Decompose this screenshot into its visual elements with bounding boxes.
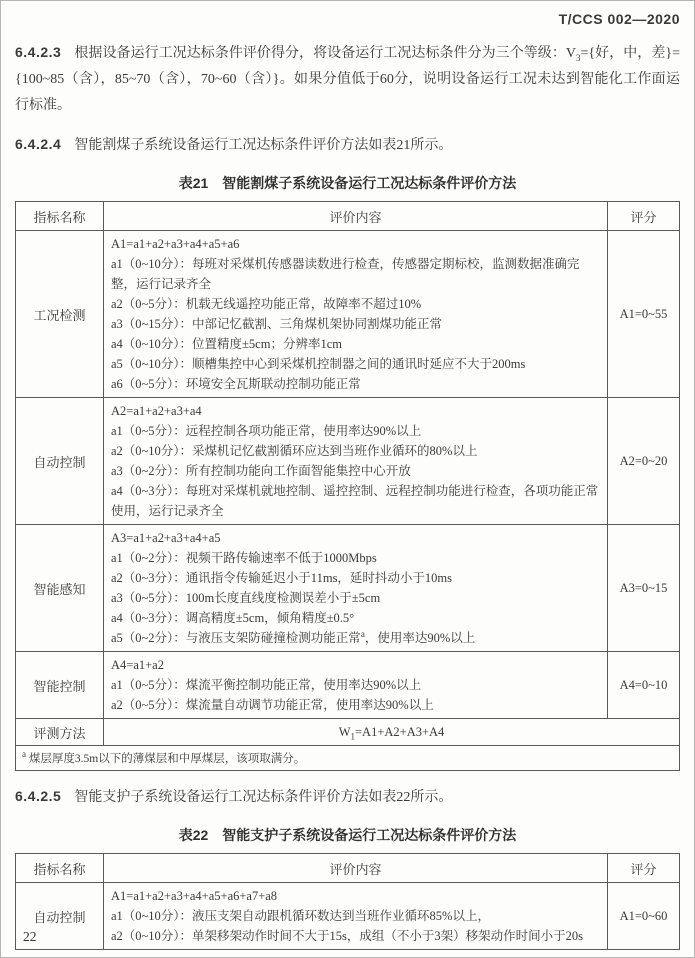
table22-header-score: 评分 <box>608 854 680 883</box>
content-line-with-footnote-ref: a5（0~2分）：与液压支架防碰撞检测功能正常a，使用率达90%以上 <box>111 628 600 648</box>
section-number-6424: 6.4.2.4 <box>15 136 61 152</box>
table21-header-content: 评价内容 <box>104 202 608 231</box>
content-line: A1=a1+a2+a3+a4+a5+a6+a7+a8 <box>111 886 600 906</box>
page-number: 22 <box>23 929 37 945</box>
content-line: a2（0~3分）：通讯指令传输延迟小于11ms，延时抖动小于10ms <box>111 568 600 588</box>
table21-header-row: 指标名称 评价内容 评分 <box>16 202 680 231</box>
evaluation-formula: W1=A1+A2+A3+A4 <box>104 719 680 746</box>
table-row: 自动控制 A1=a1+a2+a3+a4+a5+a6+a7+a8 a1（0~10分… <box>16 883 680 950</box>
table21-footnote: a 煤层厚度3.5m以下的薄煤层和中厚煤层，该项取满分。 <box>16 746 680 771</box>
table-row: 智能控制 A4=a1+a2 a1（0~5分）：煤流平衡控制功能正常，使用率达90… <box>16 652 680 719</box>
table21-caption: 表21 智能割煤子系统设备运行工况达标条件评价方法 <box>15 173 680 193</box>
content-line: a1（0~10分）：液压支架自动跟机循环数达到当班作业循环85%以上， <box>111 906 600 926</box>
a5-text: a5（0~2分）：与液压支架防碰撞检测功能正常 <box>111 631 361 645</box>
footnote-text: 煤层厚度3.5m以下的薄煤层和中厚煤层，该项取满分。 <box>29 753 305 765</box>
content-line: a2（0~10分）：单架移架动作时间不大于15s，成组（不小于3架）移架动作时间… <box>111 926 600 946</box>
evaluation-method-row: 评测方法 W1=A1+A2+A3+A4 <box>16 719 680 746</box>
indicator-name: 工况检测 <box>16 231 104 398</box>
indicator-name: 自动控制 <box>16 398 104 525</box>
content-line: a5（0~10分）：顺槽集控中心到采煤机控制器之间的通讯时延应不大于200ms <box>111 354 600 374</box>
content-line: a4（0~3分）：调高精度±5cm，倾角精度±0.5° <box>111 608 600 628</box>
evaluation-content: A1=a1+a2+a3+a4+a5+a6+a7+a8 a1（0~10分）：液压支… <box>104 883 608 950</box>
indicator-name: 智能感知 <box>16 525 104 652</box>
table-row: 工况检测 A1=a1+a2+a3+a4+a5+a6 a1（0~10分）：每班对采… <box>16 231 680 398</box>
content-line: a6（0~5分）：环境安全瓦斯联动控制功能正常 <box>111 374 600 394</box>
table21: 指标名称 评价内容 评分 工况检测 A1=a1+a2+a3+a4+a5+a6 a… <box>15 201 680 771</box>
formula-rest: =A1+A2+A3+A4 <box>355 725 444 739</box>
paragraph-6423-text-a: 根据设备运行工况达标条件评价得分，将设备运行工况达标条件分为三个等级：V <box>74 46 576 61</box>
score-value: A1=0~60 <box>608 883 680 950</box>
content-line: a4（0~3分）：每班对采煤机就地控制、遥控控制、远程控制功能进行检查，各项功能… <box>111 481 600 521</box>
content-line: a3（0~2分）：所有控制功能向工作面智能集控中心开放 <box>111 461 600 481</box>
score-value: A3=0~15 <box>608 525 680 652</box>
content-line: A2=a1+a2+a3+a4 <box>111 401 600 421</box>
table21-header-name: 指标名称 <box>16 202 104 231</box>
content-line: A4=a1+a2 <box>111 655 600 675</box>
evaluation-content: A1=a1+a2+a3+a4+a5+a6 a1（0~10分）：每班对采煤机传感器… <box>104 231 608 398</box>
evaluation-method-label: 评测方法 <box>16 719 104 746</box>
evaluation-content: A2=a1+a2+a3+a4 a1（0~5分）：远程控制各项功能正常，使用率达9… <box>104 398 608 525</box>
standard-code-header: T/CCS 002—2020 <box>15 7 680 27</box>
score-value: A2=0~20 <box>608 398 680 525</box>
table22-header-row: 指标名称 评价内容 评分 <box>16 854 680 883</box>
footnote-marker: a <box>22 749 26 759</box>
paragraph-6424: 6.4.2.4智能割煤子系统设备运行工况达标条件评价方法如表21所示。 <box>15 131 680 159</box>
content-line: a3（0~15分）：中部记忆截割、三角煤机架协同割煤功能正常 <box>111 314 600 334</box>
evaluation-content: A4=a1+a2 a1（0~5分）：煤流平衡控制功能正常，使用率达90%以上 a… <box>104 652 608 719</box>
table22: 指标名称 评价内容 评分 自动控制 A1=a1+a2+a3+a4+a5+a6+a… <box>15 853 680 950</box>
content-line: a4（0~10分）：位置精度±5cm；分辨率1cm <box>111 334 600 354</box>
paragraph-6425-text: 智能支护子系统设备运行工况达标条件评价方法如表22所示。 <box>74 790 452 805</box>
formula-w: W <box>339 725 351 739</box>
paragraph-6424-text: 智能割煤子系统设备运行工况达标条件评价方法如表21所示。 <box>74 138 452 153</box>
content-line: a2（0~5分）：煤流量自动调节功能正常，使用率达90%以上 <box>111 695 600 715</box>
content-line: a1（0~5分）：煤流平衡控制功能正常，使用率达90%以上 <box>111 675 600 695</box>
section-number-6423: 6.4.2.3 <box>15 44 61 60</box>
section-number-6425: 6.4.2.5 <box>15 788 61 804</box>
content-line: a2（0~10分）：采煤机记忆截割循环应达到当班作业循环的80%以上 <box>111 441 600 461</box>
content-line: a1（0~5分）：远程控制各项功能正常，使用率达90%以上 <box>111 421 600 441</box>
content-line: a1（0~2分）：视频干路传输速率不低于1000Mbps <box>111 548 600 568</box>
content-line: A1=a1+a2+a3+a4+a5+a6 <box>111 234 600 254</box>
paragraph-6425: 6.4.2.5智能支护子系统设备运行工况达标条件评价方法如表22所示。 <box>15 783 680 811</box>
score-value: A1=0~55 <box>608 231 680 398</box>
evaluation-content: A3=a1+a2+a3+a4+a5 a1（0~2分）：视频干路传输速率不低于10… <box>104 525 608 652</box>
document-page: T/CCS 002—2020 6.4.2.3根据设备运行工况达标条件评价得分，将… <box>0 0 695 958</box>
score-value: A4=0~10 <box>608 652 680 719</box>
content-line: a2（0~5分）：机载无线遥控功能正常，故障率不超过10% <box>111 294 600 314</box>
content-line: a1（0~10分）：每班对采煤机传感器读数进行检查，传感器定期标校，监测数据准确… <box>111 254 600 294</box>
table22-header-content: 评价内容 <box>104 854 608 883</box>
indicator-name: 智能控制 <box>16 652 104 719</box>
table-row: 自动控制 A2=a1+a2+a3+a4 a1（0~5分）：远程控制各项功能正常，… <box>16 398 680 525</box>
footnote-row: a 煤层厚度3.5m以下的薄煤层和中厚煤层，该项取满分。 <box>16 746 680 771</box>
content-line: a3（0~5分）：100m长度直线度检测误差小于±5cm <box>111 588 600 608</box>
table22-header-name: 指标名称 <box>16 854 104 883</box>
table-row: 智能感知 A3=a1+a2+a3+a4+a5 a1（0~2分）：视频干路传输速率… <box>16 525 680 652</box>
a5-text-after: ，使用率达90%以上 <box>365 631 475 645</box>
table21-header-score: 评分 <box>608 202 680 231</box>
table22-caption: 表22 智能支护子系统设备运行工况达标条件评价方法 <box>15 825 680 845</box>
paragraph-6423: 6.4.2.3根据设备运行工况达标条件评价得分，将设备运行工况达标条件分为三个等… <box>15 39 680 119</box>
content-line: A3=a1+a2+a3+a4+a5 <box>111 528 600 548</box>
